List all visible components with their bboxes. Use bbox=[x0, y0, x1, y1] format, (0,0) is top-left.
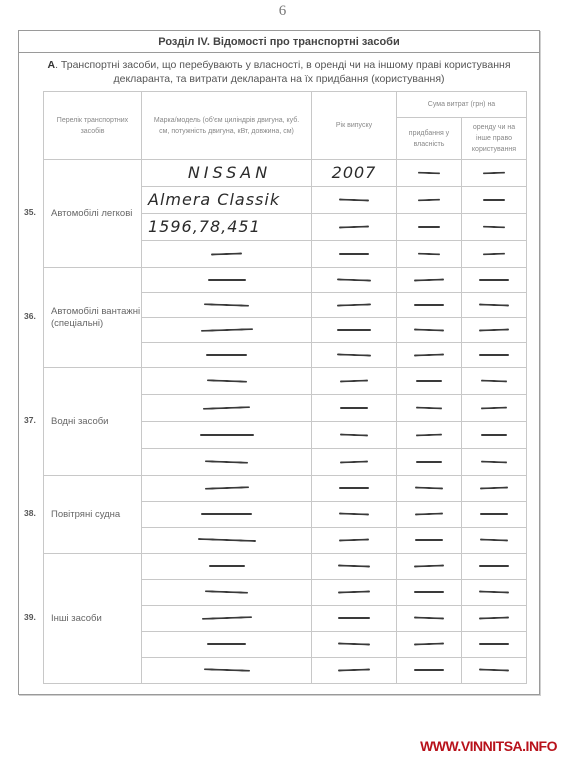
handwritten-model: 1596,78,451 bbox=[142, 217, 311, 237]
dash-mark bbox=[483, 199, 505, 201]
cell-year[interactable] bbox=[312, 214, 397, 241]
cell-purchase[interactable] bbox=[397, 368, 462, 395]
cell-purchase[interactable] bbox=[397, 268, 462, 293]
cell-rent[interactable] bbox=[462, 502, 527, 528]
cell-year[interactable] bbox=[312, 318, 397, 343]
dash-mark bbox=[415, 513, 443, 516]
cell-year[interactable] bbox=[312, 343, 397, 368]
cell-model[interactable] bbox=[142, 268, 312, 293]
dash-mark bbox=[339, 253, 369, 255]
cell-year[interactable] bbox=[312, 449, 397, 476]
dash-mark bbox=[338, 617, 370, 619]
cell-model[interactable] bbox=[142, 502, 312, 528]
cell-purchase[interactable] bbox=[397, 632, 462, 658]
cell-rent[interactable] bbox=[462, 187, 527, 214]
section-frame: Розділ IV. Відомості про транспортні зас… bbox=[18, 30, 540, 695]
vehicles-table: Перелік транспортних засобів Марка/модел… bbox=[43, 91, 527, 684]
cell-year[interactable] bbox=[312, 606, 397, 632]
cell-purchase[interactable] bbox=[397, 187, 462, 214]
dash-mark bbox=[416, 461, 442, 463]
cell-purchase[interactable] bbox=[397, 293, 462, 318]
cell-model[interactable] bbox=[142, 476, 312, 502]
header-year: Рік випуску bbox=[312, 92, 397, 160]
dash-mark bbox=[338, 643, 370, 646]
cell-purchase[interactable] bbox=[397, 343, 462, 368]
dash-mark bbox=[480, 487, 508, 490]
dash-mark bbox=[479, 328, 509, 331]
header-expenses: Сума витрат (грн) на bbox=[397, 92, 527, 118]
dash-mark bbox=[416, 380, 442, 382]
dash-mark bbox=[203, 668, 249, 672]
dash-mark bbox=[205, 460, 248, 463]
category-label: Автомобілі вантажні (спеціальні) bbox=[44, 268, 142, 368]
subtitle-line-2: декларанта, та витрати декларанта на їх … bbox=[113, 73, 444, 85]
cell-purchase[interactable] bbox=[397, 580, 462, 606]
cell-purchase[interactable] bbox=[397, 528, 462, 554]
dash-mark bbox=[340, 460, 368, 463]
cell-model[interactable] bbox=[142, 658, 312, 684]
category-number: 39. bbox=[24, 612, 36, 622]
dash-mark bbox=[414, 643, 444, 646]
dash-mark bbox=[414, 278, 444, 281]
dash-mark bbox=[201, 616, 251, 620]
cell-year[interactable] bbox=[312, 502, 397, 528]
cell-year[interactable] bbox=[312, 395, 397, 422]
cell-purchase[interactable] bbox=[397, 606, 462, 632]
dash-mark bbox=[480, 513, 508, 515]
table-row: Автомобілі вантажні (спеціальні) bbox=[44, 268, 527, 293]
dash-mark bbox=[483, 171, 505, 174]
dash-mark bbox=[483, 225, 505, 228]
header-list: Перелік транспортних засобів bbox=[44, 92, 142, 160]
dash-mark bbox=[480, 539, 508, 542]
dash-mark bbox=[337, 278, 371, 281]
dash-mark bbox=[340, 379, 368, 382]
dash-mark bbox=[204, 486, 248, 490]
cell-year[interactable] bbox=[312, 293, 397, 318]
cell-model[interactable] bbox=[142, 293, 312, 318]
cell-rent[interactable] bbox=[462, 160, 527, 187]
cell-rent[interactable] bbox=[462, 368, 527, 395]
cell-model[interactable] bbox=[142, 632, 312, 658]
table-row: Інші засоби bbox=[44, 554, 527, 580]
dash-mark bbox=[208, 279, 246, 281]
dash-mark bbox=[337, 353, 371, 356]
cell-year[interactable] bbox=[312, 580, 397, 606]
cell-rent[interactable] bbox=[462, 241, 527, 268]
dash-mark bbox=[479, 354, 509, 356]
cell-model[interactable] bbox=[142, 241, 312, 268]
subtitle-marker: А bbox=[47, 59, 55, 71]
category-number: 37. bbox=[24, 415, 36, 425]
category-number: 36. bbox=[24, 311, 36, 321]
cell-model[interactable]: NISSAN bbox=[142, 160, 312, 187]
dash-mark bbox=[414, 304, 444, 306]
dash-mark bbox=[414, 565, 444, 568]
dash-mark bbox=[414, 328, 444, 331]
category-label: Повітряні судна bbox=[44, 476, 142, 554]
dash-mark bbox=[204, 303, 249, 307]
section-title: Розділ IV. Відомості про транспортні зас… bbox=[19, 31, 539, 53]
cell-purchase[interactable] bbox=[397, 395, 462, 422]
dash-mark bbox=[479, 565, 509, 567]
dash-mark bbox=[418, 226, 440, 228]
cell-model[interactable] bbox=[142, 580, 312, 606]
cell-purchase[interactable] bbox=[397, 241, 462, 268]
cell-purchase[interactable] bbox=[397, 658, 462, 684]
cell-year[interactable] bbox=[312, 658, 397, 684]
cell-rent[interactable] bbox=[462, 214, 527, 241]
dash-mark bbox=[415, 539, 443, 541]
dash-mark bbox=[416, 433, 442, 436]
handwritten-year: 2007 bbox=[312, 163, 396, 183]
dash-mark bbox=[338, 669, 370, 672]
category-number: 38. bbox=[24, 508, 36, 518]
cell-purchase[interactable] bbox=[397, 422, 462, 449]
dash-mark bbox=[340, 433, 368, 436]
dash-mark bbox=[479, 669, 509, 672]
dash-mark bbox=[418, 252, 440, 255]
dash-mark bbox=[414, 591, 444, 593]
cell-rent[interactable] bbox=[462, 632, 527, 658]
dash-mark bbox=[479, 303, 509, 306]
cell-model[interactable] bbox=[142, 395, 312, 422]
watermark: WWW.VINNITSA.INFO bbox=[420, 738, 557, 754]
cell-purchase[interactable] bbox=[397, 214, 462, 241]
section-subtitle: А. Транспортні засоби, що перебувають у … bbox=[19, 58, 539, 86]
cell-rent[interactable] bbox=[462, 580, 527, 606]
dash-mark bbox=[415, 487, 443, 490]
cell-year[interactable] bbox=[312, 632, 397, 658]
cell-rent[interactable] bbox=[462, 293, 527, 318]
table-body: Автомобілі легковіNISSAN2007Almera Class… bbox=[44, 160, 527, 684]
dash-mark bbox=[414, 669, 444, 671]
dash-mark bbox=[479, 279, 509, 281]
cell-rent[interactable] bbox=[462, 422, 527, 449]
category-label: Автомобілі легкові bbox=[44, 160, 142, 268]
dash-mark bbox=[200, 328, 252, 332]
cell-year[interactable] bbox=[312, 368, 397, 395]
dash-mark bbox=[483, 252, 505, 255]
header-purchase: придбання у власність bbox=[397, 118, 462, 160]
dash-mark bbox=[337, 329, 371, 331]
cell-model[interactable] bbox=[142, 528, 312, 554]
cell-purchase[interactable] bbox=[397, 160, 462, 187]
category-label: Водні засоби bbox=[44, 368, 142, 476]
cell-purchase[interactable] bbox=[397, 502, 462, 528]
dash-mark bbox=[209, 565, 245, 567]
cell-rent[interactable] bbox=[462, 476, 527, 502]
cell-rent[interactable] bbox=[462, 528, 527, 554]
dash-mark bbox=[418, 171, 440, 174]
cell-model[interactable] bbox=[142, 606, 312, 632]
dash-mark bbox=[206, 354, 247, 356]
dash-mark bbox=[339, 198, 369, 201]
dash-mark bbox=[339, 225, 369, 228]
dash-mark bbox=[414, 353, 444, 356]
dash-mark bbox=[481, 406, 507, 409]
dash-mark bbox=[481, 379, 507, 382]
dash-mark bbox=[205, 590, 248, 593]
dash-mark bbox=[337, 303, 371, 306]
table-row: Водні засоби bbox=[44, 368, 527, 395]
dash-mark bbox=[338, 565, 370, 568]
dash-mark bbox=[201, 513, 252, 515]
cell-year[interactable] bbox=[312, 187, 397, 214]
table-row: Повітряні судна bbox=[44, 476, 527, 502]
cell-purchase[interactable] bbox=[397, 318, 462, 343]
dash-mark bbox=[479, 591, 509, 594]
page-number: 6 bbox=[0, 3, 565, 20]
cell-year[interactable] bbox=[312, 422, 397, 449]
dash-mark bbox=[339, 513, 369, 516]
dash-mark bbox=[207, 643, 246, 645]
cell-model[interactable] bbox=[142, 368, 312, 395]
header-model: Марка/модель (об'єм циліндрів двигуна, к… bbox=[142, 92, 312, 160]
cell-purchase[interactable] bbox=[397, 476, 462, 502]
dash-mark bbox=[340, 407, 368, 409]
cell-model[interactable]: 1596,78,451 bbox=[142, 214, 312, 241]
cell-model[interactable] bbox=[142, 449, 312, 476]
cell-purchase[interactable] bbox=[397, 554, 462, 580]
category-number: 35. bbox=[24, 207, 36, 217]
cell-rent[interactable] bbox=[462, 554, 527, 580]
table-row: Автомобілі легковіNISSAN2007 bbox=[44, 160, 527, 187]
cell-rent[interactable] bbox=[462, 268, 527, 293]
dash-mark bbox=[206, 379, 246, 382]
dash-mark bbox=[416, 406, 442, 409]
dash-mark bbox=[479, 643, 509, 645]
cell-year[interactable] bbox=[312, 241, 397, 268]
cell-rent[interactable] bbox=[462, 343, 527, 368]
cell-rent[interactable] bbox=[462, 395, 527, 422]
dash-mark bbox=[481, 434, 507, 436]
cell-year[interactable]: 2007 bbox=[312, 160, 397, 187]
cell-year[interactable] bbox=[312, 554, 397, 580]
handwritten-model: NISSAN bbox=[142, 163, 311, 183]
cell-year[interactable] bbox=[312, 268, 397, 293]
dash-mark bbox=[339, 487, 369, 489]
handwritten-model: Almera Classik bbox=[142, 190, 311, 210]
category-label: Інші засоби bbox=[44, 554, 142, 684]
subtitle-line-1: . Транспортні засоби, що перебувають у в… bbox=[55, 59, 510, 71]
dash-mark bbox=[197, 538, 255, 542]
cell-model[interactable] bbox=[142, 318, 312, 343]
cell-model[interactable] bbox=[142, 422, 312, 449]
cell-purchase[interactable] bbox=[397, 449, 462, 476]
cell-model[interactable] bbox=[142, 343, 312, 368]
cell-model[interactable] bbox=[142, 554, 312, 580]
cell-model[interactable]: Almera Classik bbox=[142, 187, 312, 214]
dash-mark bbox=[338, 591, 370, 594]
cell-rent[interactable] bbox=[462, 449, 527, 476]
cell-year[interactable] bbox=[312, 476, 397, 502]
dash-mark bbox=[211, 252, 242, 255]
cell-year[interactable] bbox=[312, 528, 397, 554]
dash-mark bbox=[418, 198, 440, 201]
header-rent: оренду чи на інше право користування bbox=[462, 118, 527, 160]
cell-rent[interactable] bbox=[462, 318, 527, 343]
dash-mark bbox=[200, 434, 254, 436]
dash-mark bbox=[339, 539, 369, 542]
cell-rent[interactable] bbox=[462, 606, 527, 632]
dash-mark bbox=[479, 617, 509, 620]
dash-mark bbox=[481, 460, 507, 463]
dash-mark bbox=[414, 617, 444, 620]
dash-mark bbox=[203, 406, 250, 410]
cell-rent[interactable] bbox=[462, 658, 527, 684]
